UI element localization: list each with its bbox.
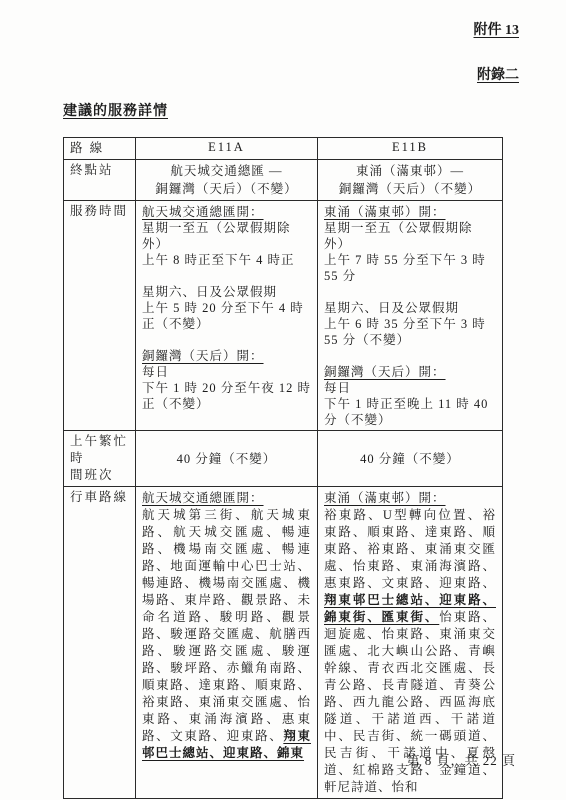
- spacer: [324, 348, 496, 364]
- am-peak-e11b: 40 分鐘（不變）: [318, 431, 503, 487]
- service-hours-label: 服務時間: [64, 201, 136, 431]
- header-col-e11a: E11A: [136, 138, 318, 160]
- service-hours-e11a: 航天城交通總匯開： 星期一至五（公眾假期除 外） 上午 8 時正至下午 4 時正…: [136, 201, 318, 431]
- service-e11b-weekday-times: 星期一至五（公眾假期除 外） 上午 7 時 55 分至下午 3 時 55 分 星…: [324, 220, 496, 348]
- attachment-tag-text: 附件 13: [474, 23, 520, 38]
- am-peak-label: 上午繁忙時 間班次: [64, 431, 136, 487]
- service-details-table: 路 線 E11A E11B 終點站 航天城交通總匯 — 銅鑼灣（天后）（不變） …: [63, 137, 503, 799]
- spacer: [142, 332, 311, 348]
- document-page: 附件 13 附錄二 建議的服務詳情 路 線 E11A E11B 終點站 航天城交…: [0, 0, 566, 799]
- service-e11a-weekday-times: 星期一至五（公眾假期除 外） 上午 8 時正至下午 4 時正 星期六、日及公眾假…: [142, 220, 311, 332]
- route-e11a-depart-heading: 航天城交通總匯開：: [142, 490, 311, 507]
- terminus-e11a: 航天城交通總匯 — 銅鑼灣（天后）（不變）: [136, 160, 318, 201]
- header-route-label: 路 線: [64, 138, 136, 160]
- service-e11b-return-heading: 銅鑼灣（天后）開：: [324, 364, 496, 380]
- terminus-e11b: 東涌（滿東邨）— 銅鑼灣（天后）（不變）: [318, 160, 503, 201]
- am-peak-frequency-row: 上午繁忙時 間班次 40 分鐘（不變） 40 分鐘（不變）: [64, 431, 503, 487]
- service-e11a-return-heading: 銅鑼灣（天后）開：: [142, 348, 311, 364]
- annex-tags: 附件 13 附錄二: [63, 22, 519, 85]
- page-number: 第 8 頁，共 22 頁: [406, 750, 516, 769]
- route-e11a-streets: 航天城第三街、航天城東路、航天城交匯處、暢連路、機場南交匯處、暢連路、地面運輸中…: [142, 507, 311, 762]
- service-hours-row: 服務時間 航天城交通總匯開： 星期一至五（公眾假期除 外） 上午 8 時正至下午…: [64, 201, 503, 431]
- attachment-tag: 附件 13: [63, 22, 519, 40]
- page-title: 建議的服務詳情: [63, 103, 519, 121]
- service-e11a-return-times: 每日 下午 1 時 20 分至午夜 12 時 正（不變）: [142, 364, 311, 412]
- header-col-e11b: E11B: [318, 138, 503, 160]
- route-e11b-depart-heading: 東涌（滿東邨）開：: [324, 490, 496, 507]
- route-e11a-streets-normal: 航天城第三街、航天城東路、航天城交匯處、暢連路、機場南交匯處、暢連路、地面運輸中…: [142, 508, 311, 743]
- appendix-tag: 附錄二: [63, 67, 519, 85]
- terminus-label: 終點站: [64, 160, 136, 201]
- appendix-tag-text: 附錄二: [477, 68, 519, 83]
- terminus-row: 終點站 航天城交通總匯 — 銅鑼灣（天后）（不變） 東涌（滿東邨）— 銅鑼灣（天…: [64, 160, 503, 201]
- route-label: 行車路線: [64, 487, 136, 799]
- service-e11b-depart-heading: 東涌（滿東邨）開：: [324, 204, 496, 220]
- table-header-row: 路 線 E11A E11B: [64, 138, 503, 160]
- service-e11b-return-times: 每日 下午 1 時正至晚上 11 時 40 分（不變）: [324, 380, 496, 428]
- service-hours-e11b: 東涌（滿東邨）開： 星期一至五（公眾假期除 外） 上午 7 時 55 分至下午 …: [318, 201, 503, 431]
- route-e11b-streets-normal: 裕東路、U型轉向位置、裕東路、順東路、達東路、順東路、裕東路、東涌東交匯處、怡東…: [324, 508, 496, 590]
- service-e11a-depart-heading: 航天城交通總匯開：: [142, 204, 311, 220]
- am-peak-e11a: 40 分鐘（不變）: [136, 431, 318, 487]
- route-e11a: 航天城交通總匯開： 航天城第三街、航天城東路、航天城交匯處、暢連路、機場南交匯處…: [136, 487, 318, 799]
